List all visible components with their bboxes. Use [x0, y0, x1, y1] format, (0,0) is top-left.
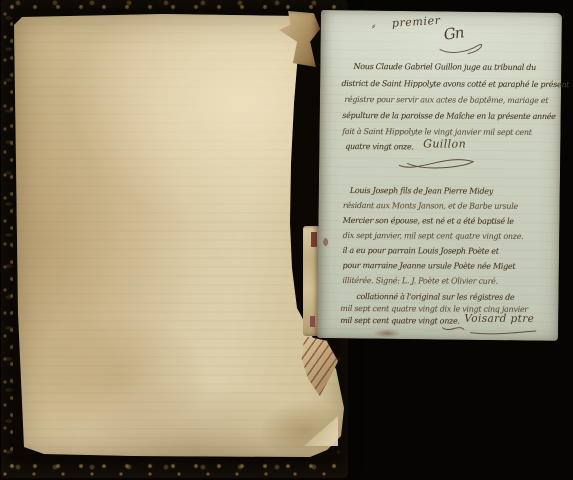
header-flourish: ⸗: [371, 19, 375, 32]
manuscript-line: régistre pour servir aux actes de baptêm…: [344, 95, 548, 105]
signature-flourish-icon: [395, 151, 479, 173]
manuscript-text: ⸗ premier Gn Nous Claude Gabriel Guillon…: [318, 11, 561, 340]
judge-paraph: Gn: [443, 23, 465, 43]
manuscript-line: dix sept janvier, mil sept cent quatre v…: [343, 231, 524, 241]
scanned-register-image: ⸗ premier Gn Nous Claude Gabriel Guillon…: [0, 0, 573, 480]
manuscript-line: illitérée. Signé: L. J. Poète et Olivier…: [342, 276, 497, 286]
right-manuscript-page: ⸗ premier Gn Nous Claude Gabriel Guillon…: [317, 10, 562, 341]
manuscript-line: Mercier son épouse, est né et a été bapt…: [343, 216, 514, 226]
manuscript-line: sépulture de la paroisse de Maîche en la…: [342, 111, 555, 121]
manuscript-line: quatre vingt onze.: [345, 142, 414, 151]
manuscript-line: pour marraine Jeanne ursule Poète née Mi…: [342, 261, 515, 271]
manuscript-line: fait à Saint Hippolyte le vingt janvier …: [342, 127, 531, 137]
signature-voisard: Voisard ptre: [464, 313, 534, 325]
manuscript-line: résidant aux Monts Janson, et de Barbe u…: [343, 201, 518, 211]
manuscript-line: district de Saint Hippolyte avons cotté …: [341, 79, 569, 89]
manuscript-line: Nous Claude Gabriel Guillon juge au trib…: [354, 62, 536, 72]
manuscript-line: il a eu pour parrain Louis Joseph Poète …: [343, 246, 499, 256]
page-header-word: premier: [391, 14, 440, 30]
signature-guillon: Guillon: [423, 137, 466, 150]
manuscript-line: collationné à l'original sur les régistr…: [356, 292, 514, 302]
manuscript-line: Louis Joseph fils de Jean Pierre Midey: [350, 186, 493, 196]
manuscript-line: mil sept cent quatre vingt onze.: [340, 316, 459, 326]
